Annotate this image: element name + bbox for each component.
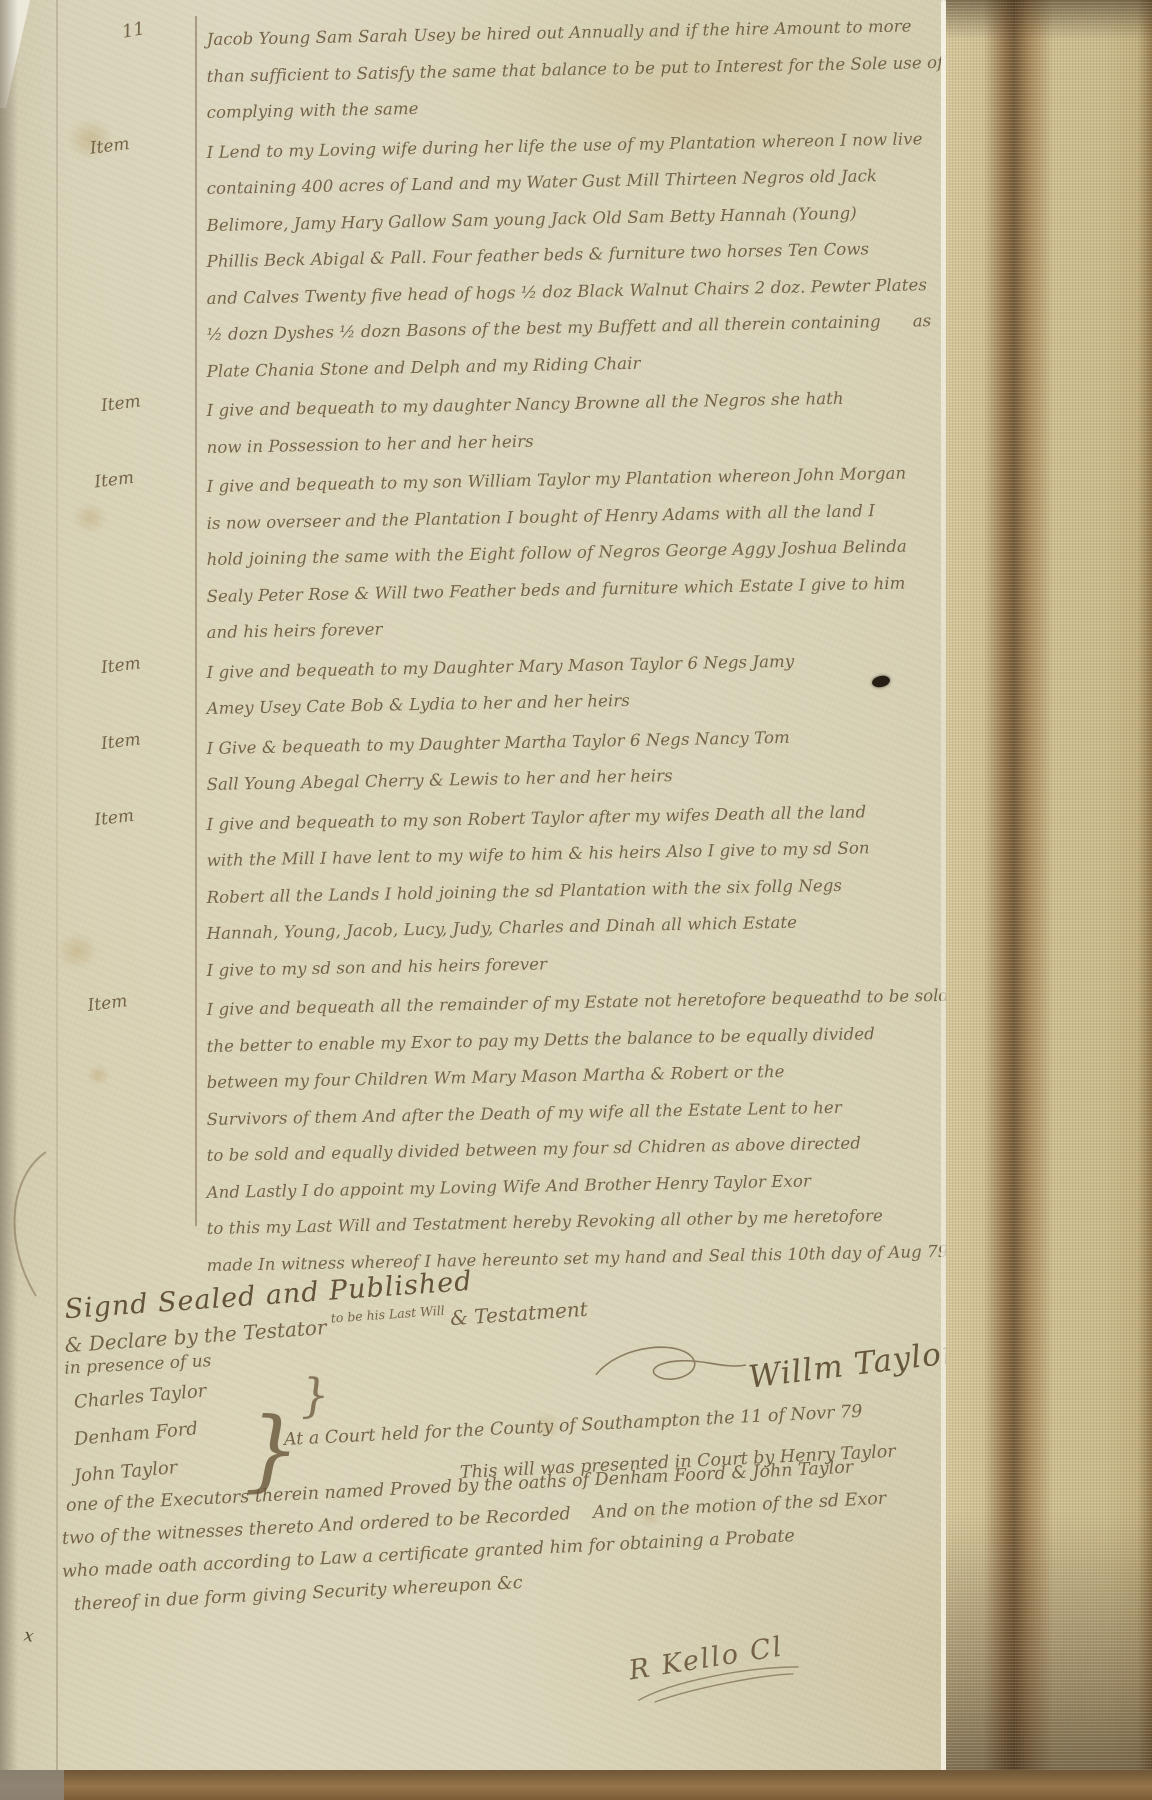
will-block: ItemI give and bequeath to my daughter N… bbox=[0, 393, 942, 466]
inserted-caret-text: to be his Last Will bbox=[330, 1303, 445, 1326]
will-block-lines: I give and bequeath all the remainder of… bbox=[207, 992, 950, 1284]
clerk-signature: R Kello Cl bbox=[627, 1629, 805, 1710]
will-block-lines: I give and bequeath to my Daughter Mary … bbox=[207, 655, 942, 728]
item-margin-label: Item bbox=[0, 795, 217, 1001]
will-block-lines: I give and bequeath to my daughter Nancy… bbox=[207, 393, 942, 466]
court-record: At a Court held for the County of Southa… bbox=[62, 1424, 1092, 1622]
will-block: ItemI Give & bequeath to my Daughter Mar… bbox=[0, 731, 942, 804]
manuscript-page: 11 Jacob Young Sam Sarah Usey be hired o… bbox=[0, 0, 1152, 1800]
book-binding-cloth bbox=[946, 0, 1152, 1800]
will-block: ItemI Lend to my Loving wife during her … bbox=[0, 135, 942, 391]
will-block-lines: I give and bequeath to my son William Ta… bbox=[207, 469, 942, 652]
item-margin-label: Item bbox=[0, 457, 217, 663]
will-block: ItemI give and bequeath to my Daughter M… bbox=[0, 655, 942, 728]
margin-x-mark: x bbox=[22, 1625, 35, 1646]
will-block-lines: I give and bequeath to my son Robert Tay… bbox=[207, 807, 942, 990]
will-text-body: Jacob Young Sam Sarah Usey be hired out … bbox=[0, 22, 942, 1287]
will-block: ItemI give and bequeath all the remainde… bbox=[0, 992, 942, 1284]
binding-glue-line bbox=[941, 0, 946, 1800]
signature-flourish bbox=[592, 1336, 748, 1394]
margin-flourish-curve bbox=[2, 1148, 52, 1300]
attestation-clause: Signd Sealed and Published & Declare by … bbox=[64, 1276, 588, 1365]
item-margin-label: Item bbox=[0, 123, 222, 402]
will-block: ItemI give and bequeath to my son Robert… bbox=[0, 807, 942, 990]
will-block: ItemI give and bequeath to my son Willia… bbox=[0, 469, 942, 652]
signature-name: Willm Taylor bbox=[747, 1334, 960, 1395]
attestation-text: & Testatment bbox=[449, 1297, 588, 1331]
witness-brace: } bbox=[299, 1367, 331, 1422]
book-bottom-edge bbox=[0, 1770, 1152, 1800]
will-block-lines: Jacob Young Sam Sarah Usey be hired out … bbox=[207, 22, 944, 132]
will-block-lines: I Lend to my Loving wife during her life… bbox=[207, 135, 942, 391]
will-block: Jacob Young Sam Sarah Usey be hired out … bbox=[0, 22, 942, 132]
will-block-lines: I Give & bequeath to my Daughter Martha … bbox=[207, 731, 942, 804]
